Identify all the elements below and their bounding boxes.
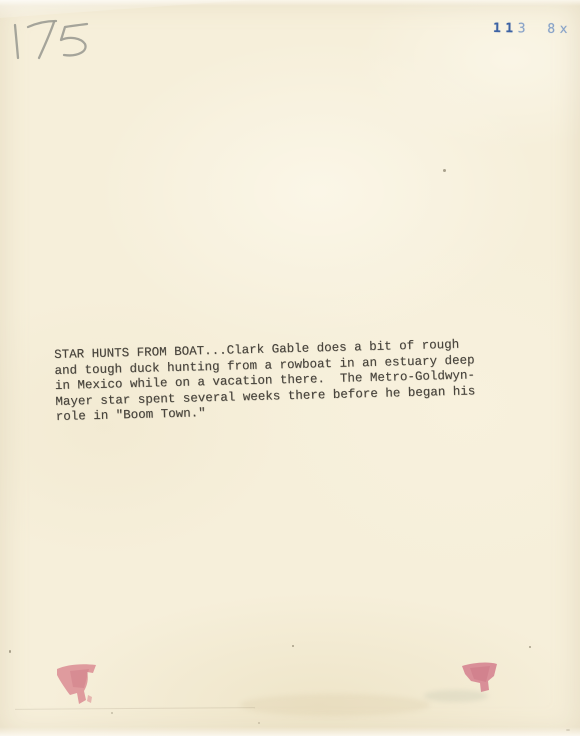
paper-speck: [258, 722, 260, 724]
paper-stain: [240, 694, 430, 716]
handwritten-number-pencil: [8, 17, 104, 65]
stamp-code-light-digits: 3 8x 50: [518, 21, 580, 37]
photo-verso-sheet: 113 8x 50 STAR HUNTS FROM BOAT...Clark G…: [0, 0, 580, 736]
paper-speck: [566, 729, 570, 731]
paper-speck: [111, 712, 113, 714]
stamp-code: 113 8x 50: [423, 5, 580, 53]
paper-speck: [529, 646, 531, 648]
paper-speck: [443, 169, 446, 172]
red-residue-mark-right: [462, 663, 497, 692]
paper-stain: [424, 690, 488, 702]
paper-crease: [15, 707, 255, 710]
paper-speck: [9, 650, 11, 653]
stamp-code-dark-digits: 11: [493, 21, 518, 36]
paper-corner-highlight: [0, 0, 250, 18]
red-residue-mark-left: [57, 664, 96, 704]
typed-caption: STAR HUNTS FROM BOAT...Clark Gable does …: [54, 337, 476, 426]
paper-speck: [292, 645, 294, 647]
paper-bottom-edge: [0, 727, 580, 736]
